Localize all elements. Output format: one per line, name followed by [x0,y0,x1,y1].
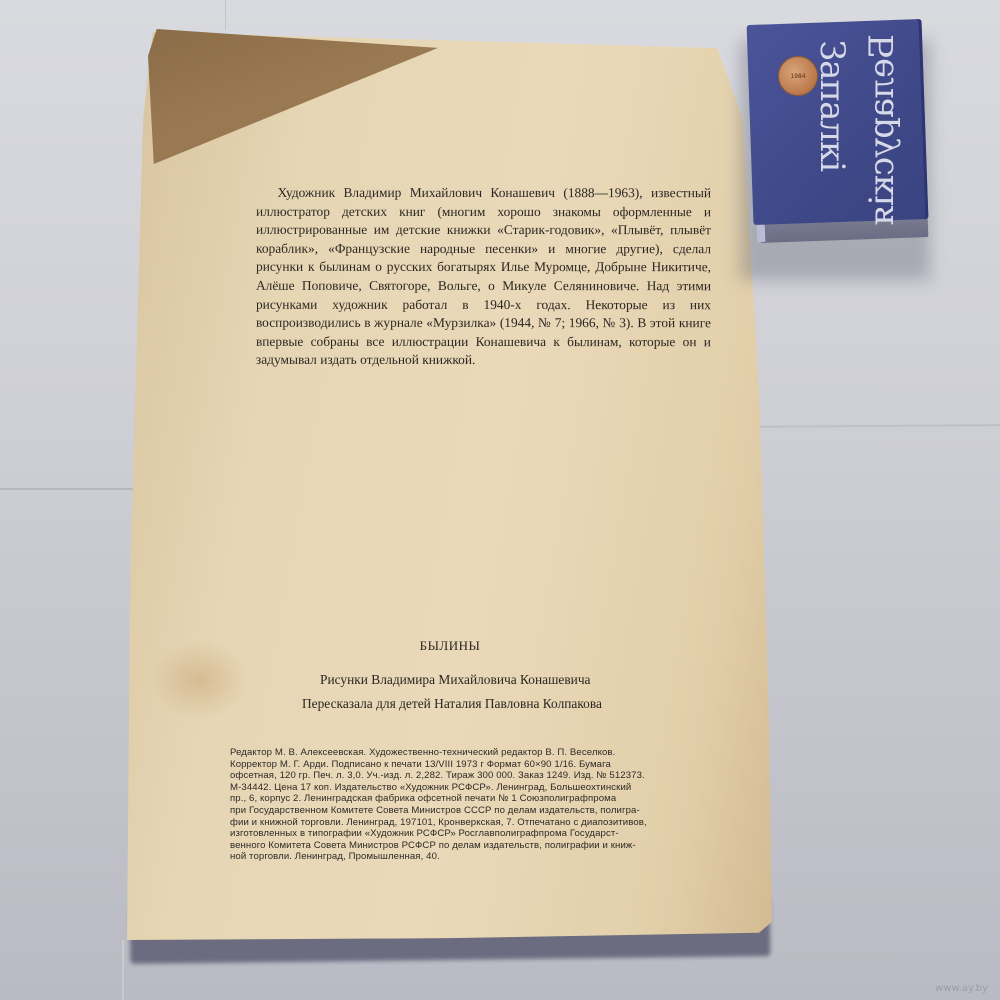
imprint-line: М-34442. Цена 17 коп. Издательство «Худо… [230,782,703,794]
publication-imprint: Редактор М. В. Алексеевская. Художествен… [230,747,703,863]
intro-text-block: Художник Владимир Михайлович Конашевич (… [256,184,711,370]
imprint-line: Корректор М. Г. Арди. Подписано к печати… [230,759,703,771]
imprint-line: офсетная, 120 гр. Печ. л. 3,0. Уч.-изд. … [230,770,703,782]
seal-icon: 1984 [778,56,818,96]
brand-line-2: Запалкі [812,40,852,171]
matchbox-striker [757,222,766,242]
imprint-line: фии и книжной торговли. Ленинград, 19710… [230,817,703,829]
illustrator-credit: Рисунки Владимира Михайловича Конашевича [320,672,591,688]
background-seam [122,940,124,1000]
brand-line-1: Беларускія [862,34,902,225]
background-seam [745,424,1000,428]
imprint-line: ной торговли. Ленинград, Промышленная, 4… [230,851,703,863]
imprint-line: при Государственном Комитете Совета Мини… [230,805,703,817]
imprint-line: Редактор М. В. Алексеевская. Художествен… [230,747,703,759]
watermark: www.ay.by [935,983,988,994]
background-seam [225,0,226,30]
reteller-credit: Пересказала для детей Наталия Павловна К… [302,696,602,712]
imprint-line: венного Комитета Совета Министров РСФСР … [230,840,703,852]
imprint-line: пр., 6, корпус 2. Ленинградская фабрика … [230,793,703,805]
book-title: БЫЛИНЫ [0,638,900,654]
intro-paragraph: Художник Владимир Михайлович Конашевич (… [256,184,711,370]
seal-text: 1984 [790,73,805,80]
background-seam [0,488,140,490]
imprint-line: изготовленных в типографии «Художник РСФ… [230,828,703,840]
